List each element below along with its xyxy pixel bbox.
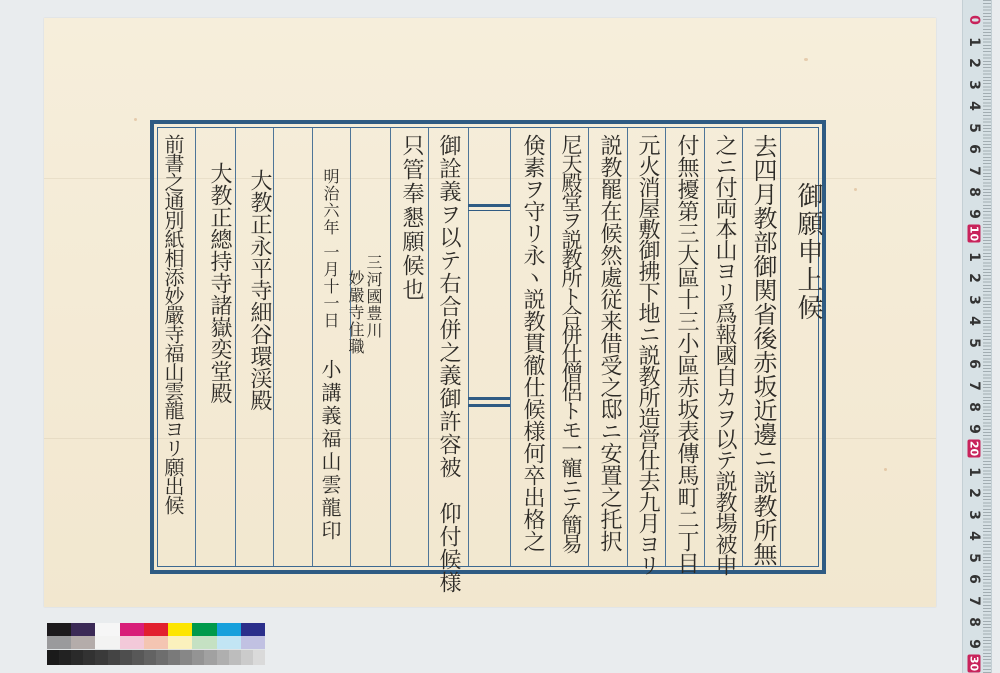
color-chart-tint-row <box>47 636 265 649</box>
paper-stain <box>134 118 137 121</box>
ruler-label: 3 <box>966 506 982 524</box>
color-swatch-tint <box>217 636 241 649</box>
color-swatch-tint <box>144 636 168 649</box>
gray-step <box>47 650 59 665</box>
measurement-ruler: 0123456789101234567892012345678930 <box>962 0 992 673</box>
column-rule <box>510 128 511 566</box>
gray-step <box>71 650 83 665</box>
gray-step <box>132 650 144 665</box>
column-rule <box>742 128 743 566</box>
fold-marker-bottom <box>468 397 510 400</box>
color-swatch <box>95 623 119 636</box>
color-swatch <box>144 623 168 636</box>
ruler-label: 9 <box>966 205 982 223</box>
color-swatch-tint <box>71 636 95 649</box>
column-rule <box>428 128 429 566</box>
column-rule <box>704 128 705 566</box>
body-column-3: 付無擾第三大區十三小區赤坂表傳馬町二丁目 <box>669 134 703 562</box>
ruled-frame: 御願申上候 去四月教部御関省後赤坂近邊ニ説教所無 之ニ付両本山ヨリ爲報國自カヲ以… <box>150 120 826 574</box>
ruler-label: 20 <box>968 440 981 458</box>
body-column-1: 去四月教部御関省後赤坂近邊ニ説教所無 <box>746 134 780 562</box>
ruler-label: 10 <box>968 225 981 243</box>
column-rule <box>780 128 781 566</box>
sender-province: 三河國豊川 <box>364 254 382 562</box>
ruler-label: 7 <box>966 162 982 180</box>
ruler-label: 7 <box>966 377 982 395</box>
gray-step <box>204 650 216 665</box>
gray-step <box>156 650 168 665</box>
body-column-7: 倹素ヲ守リ永ヽ説教貫徹仕候様何卒出格之 <box>515 134 549 562</box>
gray-step <box>192 650 204 665</box>
ruler-label: 4 <box>966 527 982 545</box>
ruler-label: 1 <box>966 463 982 481</box>
gray-step <box>95 650 107 665</box>
color-swatch <box>47 623 71 636</box>
color-swatch <box>217 623 241 636</box>
ruler-label: 9 <box>966 635 982 653</box>
ruler-label: 4 <box>966 312 982 330</box>
color-swatch <box>168 623 192 636</box>
color-swatch <box>241 623 265 636</box>
gray-step <box>180 650 192 665</box>
column-rule <box>550 128 551 566</box>
ruler-label: 1 <box>966 33 982 51</box>
gray-step <box>229 650 241 665</box>
body-column-6: 尼天殿堂ヲ説教所ト合併仕僧侶トモ一寵ニテ簡易 <box>554 134 588 562</box>
ruler-label: 8 <box>966 398 982 416</box>
ruler-label: 5 <box>966 334 982 352</box>
ruler-label: 1 <box>966 248 982 266</box>
ruler-label: 3 <box>966 291 982 309</box>
body-column-8: 御詮義ヲ以テ右合併之義御許容被 仰付候様 <box>431 134 465 562</box>
ruler-label: 4 <box>966 97 982 115</box>
ruler-label: 8 <box>966 183 982 201</box>
color-swatch-tint <box>192 636 216 649</box>
fold-marker-bottom-2 <box>468 404 510 407</box>
addressee-eiheiji: 大教正永平寺細谷環渓殿 <box>242 169 276 562</box>
column-rule <box>588 128 589 566</box>
column-rule <box>468 128 469 566</box>
column-rule <box>312 128 313 566</box>
column-rule <box>195 128 196 566</box>
ruler-label: 6 <box>966 570 982 588</box>
body-column-2: 之ニ付両本山ヨリ爲報國自カヲ以テ説教場被申 <box>707 134 741 562</box>
fold-marker-top-thin <box>468 210 510 211</box>
color-swatch-tint <box>168 636 192 649</box>
ruler-label: 0 <box>966 11 982 29</box>
addressee-sojiji: 大教正總持寺諸嶽奕堂殿 <box>202 162 236 562</box>
ruler-label: 3 <box>966 76 982 94</box>
title-column: 御願申上候 <box>790 182 826 562</box>
sender-temple-post: 妙嚴寺住職 <box>346 270 364 562</box>
body-column-9: 只管奉懇願候也 <box>394 134 428 562</box>
paper-stain <box>854 188 857 191</box>
ruler-label: 2 <box>966 269 982 287</box>
paper-stain <box>804 58 808 61</box>
column-rule <box>390 128 391 566</box>
ruler-label: 9 <box>966 420 982 438</box>
gray-step <box>217 650 229 665</box>
gray-step <box>59 650 71 665</box>
color-swatch <box>120 623 144 636</box>
ruler-label: 30 <box>968 655 981 673</box>
fold-marker-top <box>468 204 510 207</box>
gray-step <box>253 650 265 665</box>
ruler-label: 6 <box>966 140 982 158</box>
paper-stain <box>884 468 887 471</box>
ruler-label: 2 <box>966 484 982 502</box>
color-swatch <box>71 623 95 636</box>
ruler-label: 5 <box>966 549 982 567</box>
color-chart-primary-row <box>47 623 265 636</box>
color-calibration-chart <box>47 623 265 665</box>
ruler-label: 5 <box>966 119 982 137</box>
ruler-label: 8 <box>966 613 982 631</box>
gray-step <box>241 650 253 665</box>
postscript-column: 前書之通別紙相添妙嚴寺福山雲龍ヨリ願出候 <box>158 134 188 562</box>
column-rule <box>627 128 628 566</box>
color-swatch-tint <box>47 636 71 649</box>
color-swatch <box>192 623 216 636</box>
color-chart-gray-ramp <box>47 650 265 665</box>
gray-step <box>83 650 95 665</box>
sender-name: 小講義福山雲龍印 <box>316 359 344 562</box>
ruler-label: 6 <box>966 355 982 373</box>
gray-step <box>108 650 120 665</box>
color-swatch-tint <box>95 636 119 649</box>
ruler-ticks <box>983 0 991 673</box>
gray-step <box>120 650 132 665</box>
body-column-5: 説教罷在候然處従来借受之邸ニ安置之托択 <box>592 134 626 562</box>
body-column-4: 元火消屋敷御拂下地ニ説教所造営仕去九月ヨリ <box>630 134 664 562</box>
color-swatch-tint <box>241 636 265 649</box>
gray-step <box>144 650 156 665</box>
color-swatch-tint <box>120 636 144 649</box>
ruler-label: 2 <box>966 54 982 72</box>
column-rule <box>665 128 666 566</box>
gray-step <box>168 650 180 665</box>
ruler-label: 7 <box>966 592 982 610</box>
